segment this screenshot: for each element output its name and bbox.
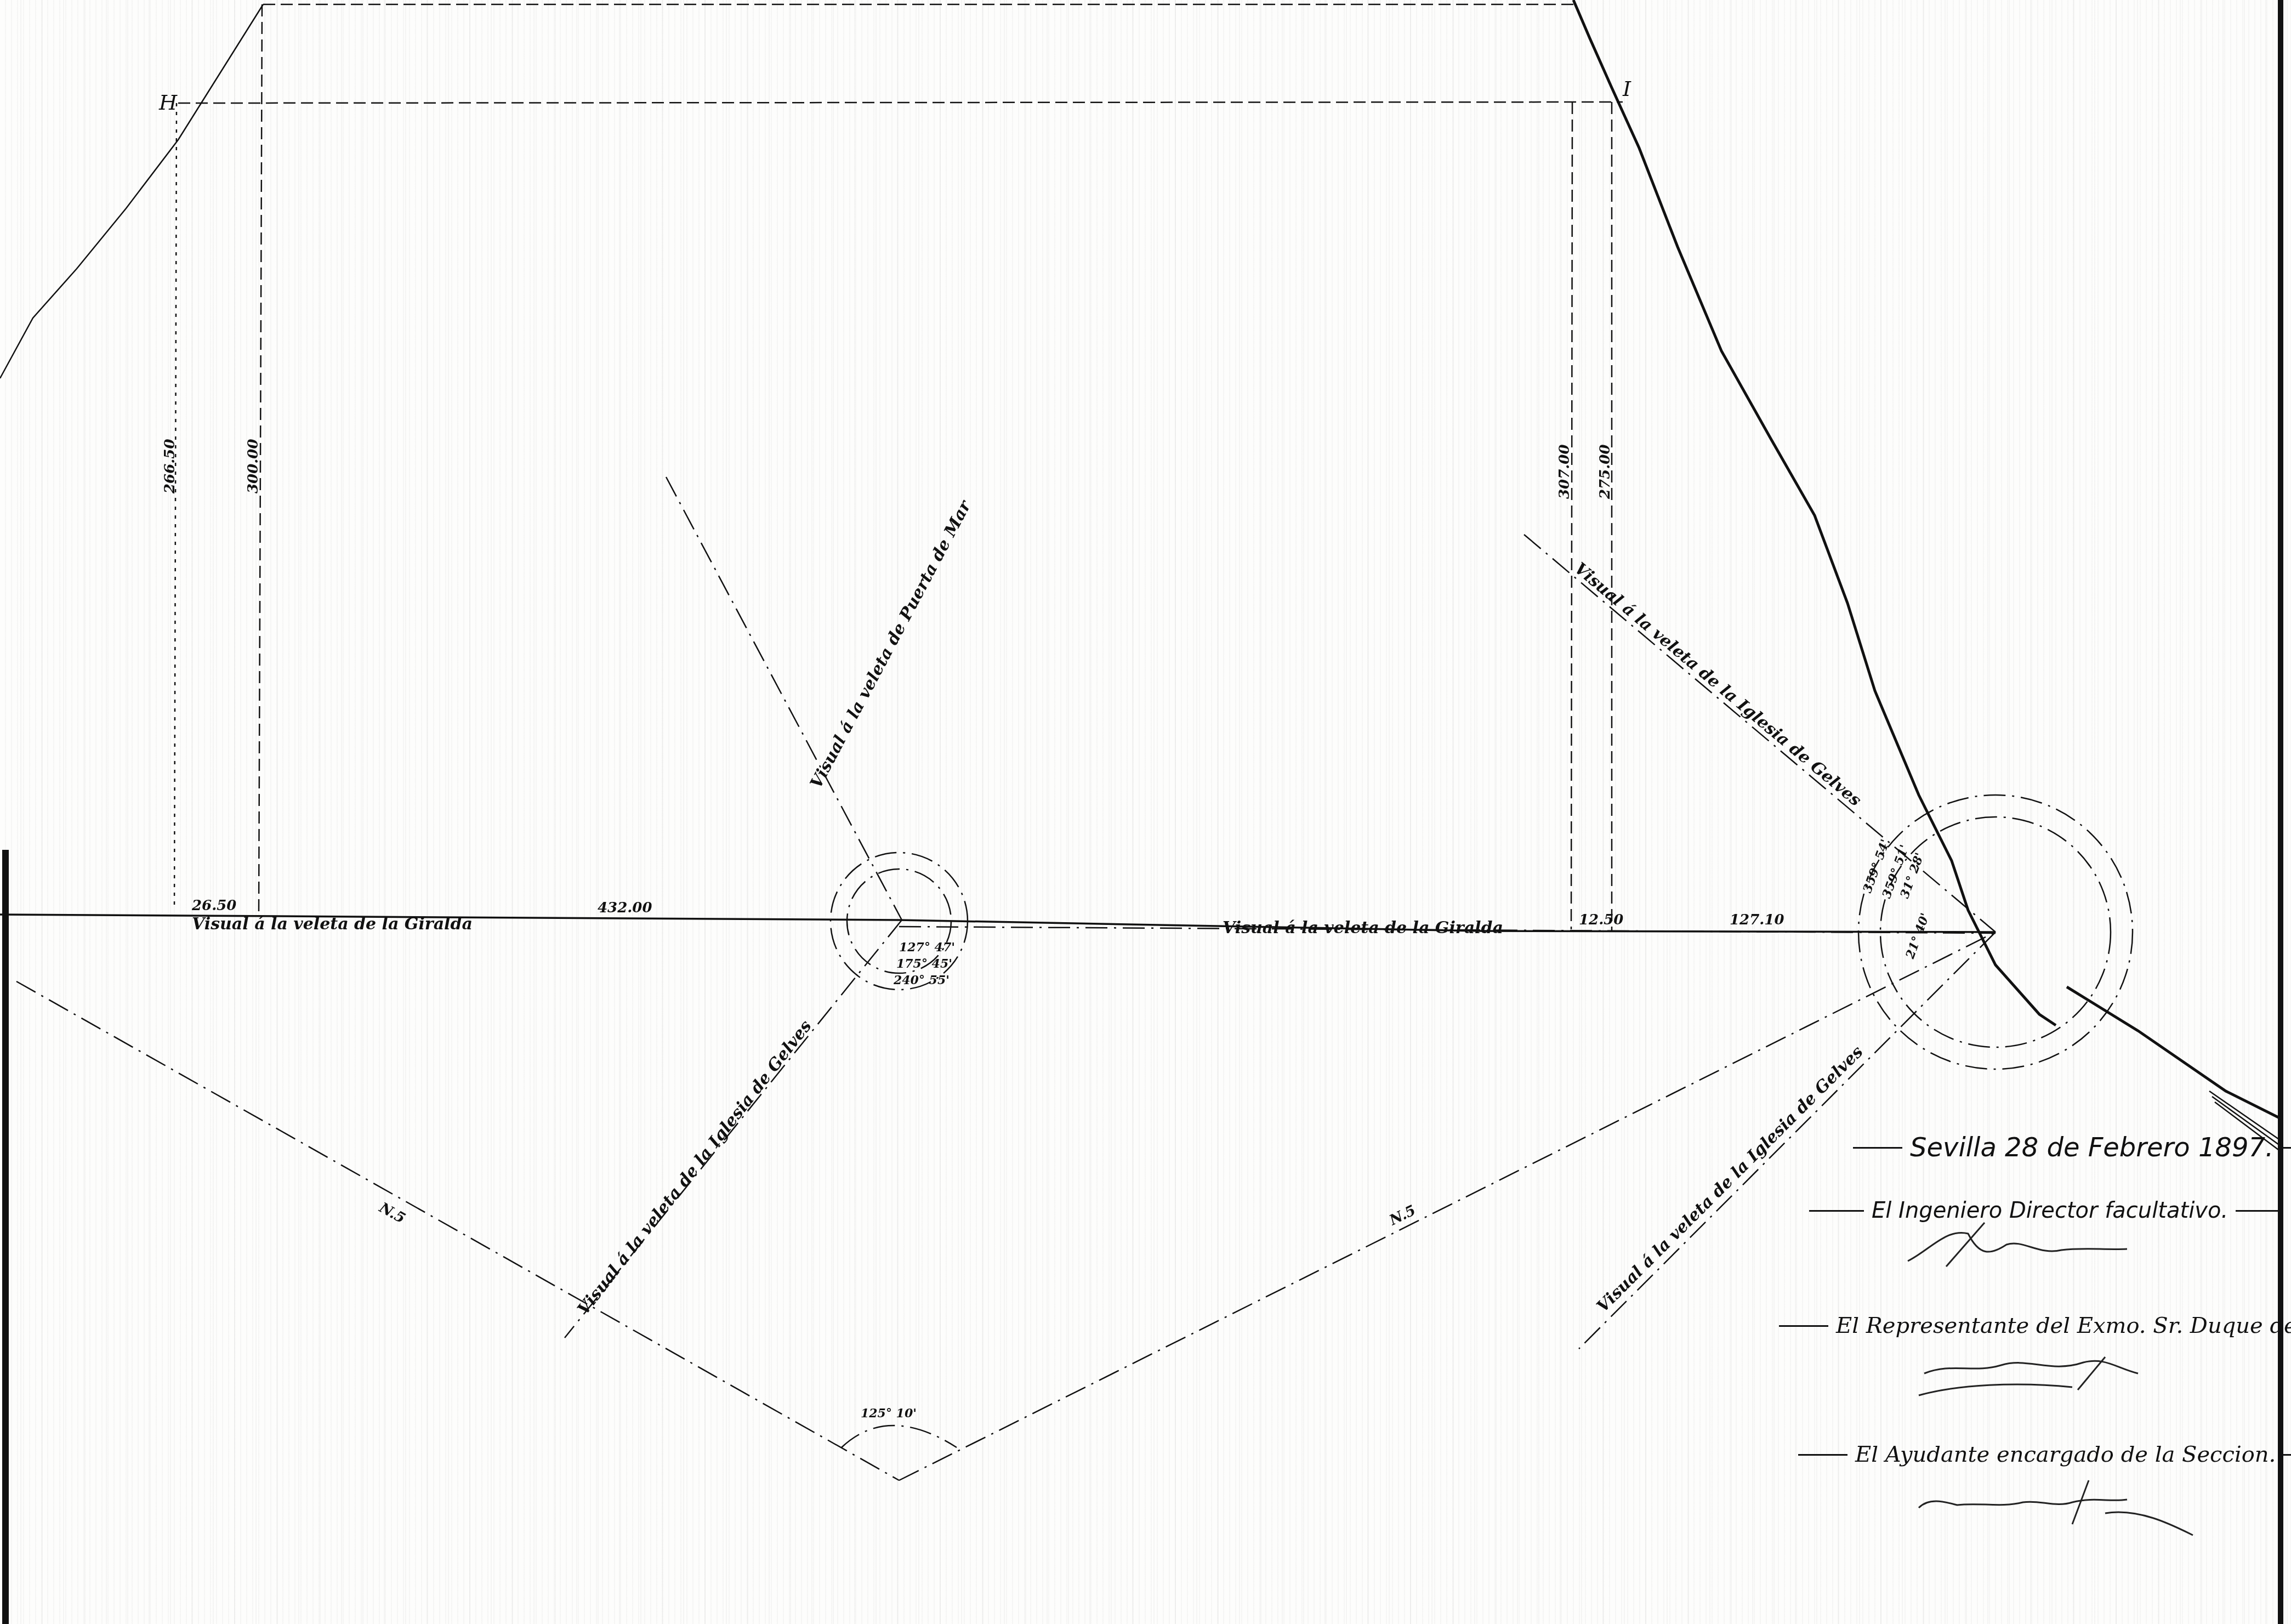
label-giralda-left: Visual á la veleta de la Giralda [192,915,473,934]
angle-right-4: 21° 40' [1903,911,1932,961]
assistant-title-line: El Ayudante encargado de la Seccion. [1798,1442,2291,1467]
representative-title: El Representante del Exmo. Sr. Duque de … [1836,1313,2291,1338]
dim-right-vertical-2: 275.00 [1597,444,1613,499]
label-right-upper: Visual á la veleta de la Iglesia de Gelv… [1571,559,1865,810]
survey-plan-sheet: H I 266.50 300.00 26.50 432.00 307.00 27… [0,0,2291,1624]
river-boundary-line [1573,0,2056,1025]
right-upper-sightline [1524,535,1996,932]
bottom-station-arc [842,1426,957,1447]
rule [2283,1454,2291,1456]
angle-left-2: 175° 45' [896,957,952,971]
rule [1779,1325,1828,1327]
date-text: Sevilla 28 de Febrero 1897. [1910,1132,2273,1163]
dim-lower-right-leg: N.5 [1386,1202,1418,1229]
left-vertical-1 [174,103,177,910]
h-i-dashed-line [178,102,1623,103]
rule [2236,1210,2279,1212]
rule [2281,1147,2291,1149]
engineer-signature [1897,1217,2160,1277]
label-iglesia-gelves-left: Visual á la veleta de la Iglesia de Gelv… [574,1017,816,1319]
label-giralda-right: Visual á la veleta de la Giralda [1223,918,1503,938]
angle-left-1: 127° 47' [899,940,955,955]
assistant-signature [1908,1475,2215,1552]
dim-lower-left-leg: N.5 [376,1199,408,1227]
lower-left-leg [16,981,899,1480]
label-puerta-mar: Visual á la veleta de Puerta de Mar [806,497,975,792]
label-iglesia-gelves-right: Visual á la veleta de la Iglesia de Gelv… [1593,1042,1867,1316]
representative-title-line: El Representante del Exmo. Sr. Duque de … [1779,1313,2291,1338]
dim-base-mid: 432.00 [598,900,652,916]
left-boundary-line [0,4,263,378]
road-line [2067,987,2281,1118]
dim-left-vertical-2: 300.00 [245,439,261,493]
rule [1798,1454,1847,1456]
date-line: Sevilla 28 de Febrero 1897. [1853,1132,2291,1163]
rule [1853,1147,1902,1149]
point-i-label: I [1622,77,1631,101]
dim-right-vertical-1: 307.00 [1556,444,1573,499]
dim-right-base: 127.10 [1730,912,1784,928]
rule [1809,1210,1864,1212]
assistant-title: El Ayudante encargado de la Seccion. [1855,1442,2276,1467]
representative-signature [1908,1341,2171,1406]
dim-right-base-offset: 12.50 [1579,912,1623,928]
right-vertical-1 [1571,102,1572,929]
point-h-label: H [158,90,178,115]
dim-left-base-offset: 26.50 [191,898,236,914]
dim-left-vertical-1: 266.50 [162,439,178,494]
angle-bottom: 125° 10' [861,1406,917,1421]
angle-left-3: 240° 55' [893,973,950,987]
